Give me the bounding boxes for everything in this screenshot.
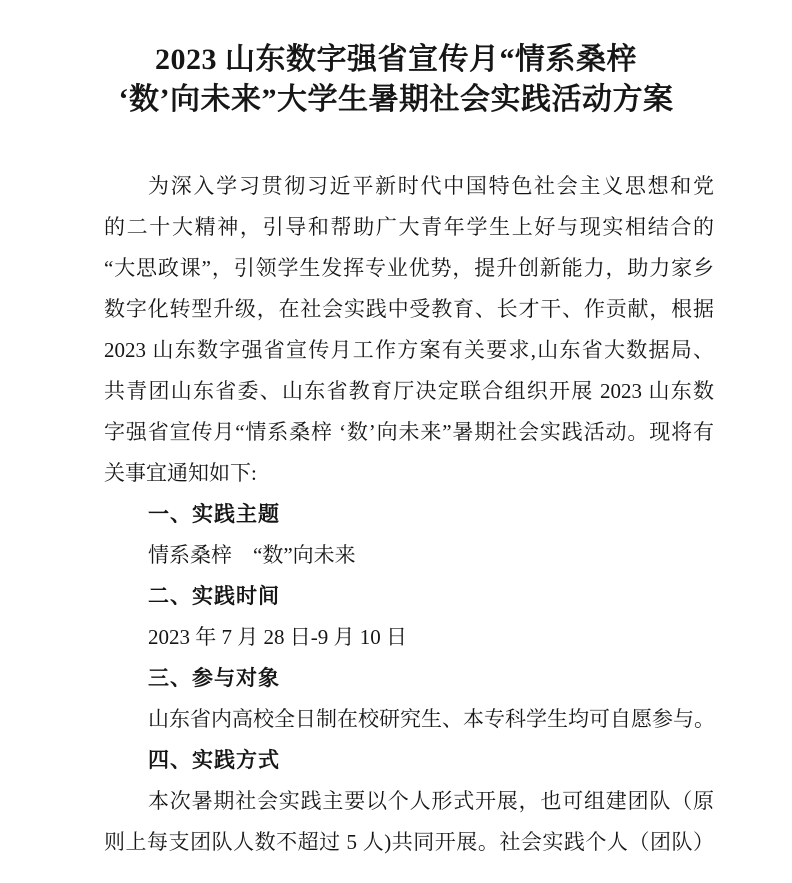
- paragraph-line: 本次暑期社会实践主要以个人形式开展，也可组建团队（原: [104, 781, 714, 822]
- paragraph-line: 共青团山东省委、山东省教育厅决定联合组织开展 2023 山东数: [104, 371, 714, 412]
- section-heading-2: 二、实践时间: [104, 576, 714, 617]
- title-line-2: ‘数’向未来”大学生暑期社会实践活动方案: [60, 80, 732, 120]
- paragraph-line: 的二十大精神，引导和帮助广大青年学生上好与现实相结合的: [104, 207, 714, 248]
- section-heading-1: 一、实践主题: [104, 494, 714, 535]
- section-heading-3: 三、参与对象: [104, 658, 714, 699]
- paragraph-line: 为深入学习贯彻习近平新时代中国特色社会主义思想和党: [104, 166, 714, 207]
- paragraph-line: 则上每支团队人数不超过 5 人)共同开展。社会实践个人（团队）: [104, 822, 714, 863]
- document-page: 2023 山东数字强省宣传月“情系桑梓 ‘数’向未来”大学生暑期社会实践活动方案…: [0, 0, 792, 883]
- paragraph-line: 2023 山东数字强省宣传月工作方案有关要求,山东省大数据局、: [104, 330, 714, 371]
- paragraph-line: 数字化转型升级，在社会实践中受教育、长才干、作贡献，根据: [104, 289, 714, 330]
- document-body: 为深入学习贯彻习近平新时代中国特色社会主义思想和党 的二十大精神，引导和帮助广大…: [0, 166, 792, 863]
- section-content: 情系桑梓 “数”向未来: [104, 535, 714, 576]
- section-heading-4: 四、实践方式: [104, 740, 714, 781]
- section-content: 2023 年 7 月 28 日-9 月 10 日: [104, 617, 714, 658]
- paragraph-line: 关事宜通知如下:: [104, 453, 714, 494]
- title-line-1: 2023 山东数字强省宣传月“情系桑梓: [60, 40, 732, 80]
- paragraph-line: “大思政课”，引领学生发挥专业优势，提升创新能力，助力家乡: [104, 248, 714, 289]
- paragraph-line: 字强省宣传月“情系桑梓 ‘数’向未来”暑期社会实践活动。现将有: [104, 412, 714, 453]
- document-title: 2023 山东数字强省宣传月“情系桑梓 ‘数’向未来”大学生暑期社会实践活动方案: [0, 40, 792, 120]
- section-content: 山东省内高校全日制在校研究生、本专科学生均可自愿参与。: [104, 699, 714, 740]
